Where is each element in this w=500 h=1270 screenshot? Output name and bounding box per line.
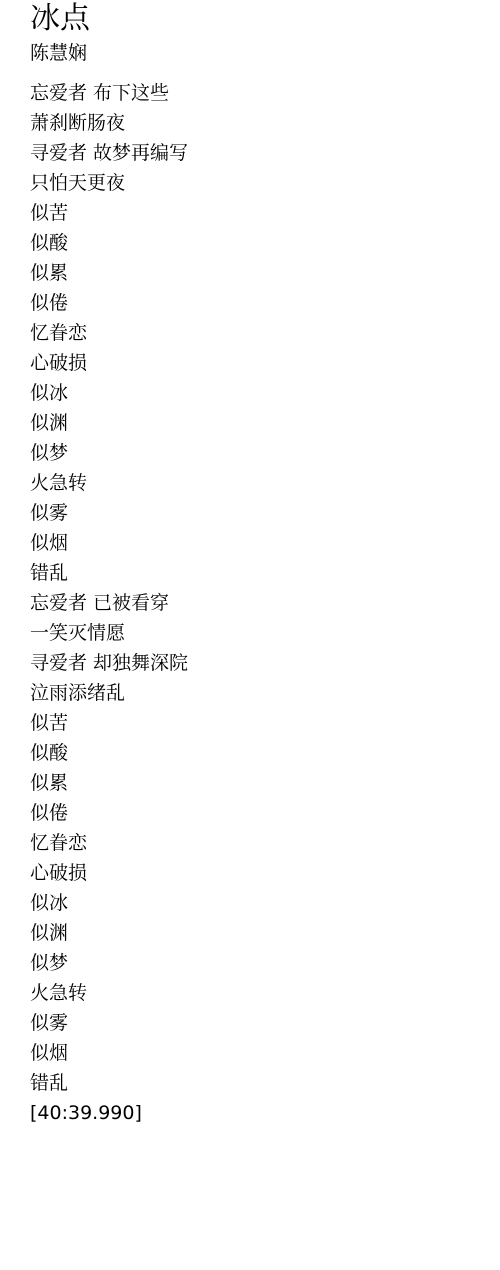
lyric-line: 似累 — [30, 768, 188, 798]
lyric-line: 似冰 — [30, 888, 188, 918]
lyric-line: 似苦 — [30, 708, 188, 738]
lyric-line: 似倦 — [30, 798, 188, 828]
lyric-line: 似冰 — [30, 378, 188, 408]
lyric-line: 似梦 — [30, 948, 188, 978]
lyric-line: 似酸 — [30, 738, 188, 768]
song-title: 冰点 — [30, 0, 90, 38]
artist-name: 陈慧娴 — [30, 40, 87, 66]
lyric-line: 一笑灭情愿 — [30, 618, 188, 648]
lyric-line: 似渊 — [30, 408, 188, 438]
lyric-line: 心破损 — [30, 348, 188, 378]
lyric-line: 似烟 — [30, 528, 188, 558]
lyric-line: 萧刹断肠夜 — [30, 108, 188, 138]
lyric-timestamp: [40:39.990] — [30, 1098, 188, 1128]
lyric-line: 忘爱者 已被看穿 — [30, 588, 188, 618]
lyric-line: 似雾 — [30, 498, 188, 528]
lyrics-list: 忘爱者 布下这些 萧刹断肠夜 寻爱者 故梦再编写 只怕天更夜 似苦 似酸 似累 … — [30, 78, 188, 1128]
lyric-line: 似雾 — [30, 1008, 188, 1038]
lyric-line: 错乱 — [30, 1068, 188, 1098]
lyric-line: 似倦 — [30, 288, 188, 318]
lyric-line: 寻爱者 故梦再编写 — [30, 138, 188, 168]
lyric-line: 忆眷恋 — [30, 828, 188, 858]
lyric-line: 似苦 — [30, 198, 188, 228]
lyric-line: 似烟 — [30, 1038, 188, 1068]
lyric-line: 只怕天更夜 — [30, 168, 188, 198]
lyric-line: 火急转 — [30, 978, 188, 1008]
lyric-line: 寻爱者 却独舞深院 — [30, 648, 188, 678]
lyric-line: 泣雨添绪乱 — [30, 678, 188, 708]
lyric-line: 似酸 — [30, 228, 188, 258]
lyric-line: 火急转 — [30, 468, 188, 498]
lyric-line: 似渊 — [30, 918, 188, 948]
lyric-line: 似梦 — [30, 438, 188, 468]
lyric-line: 似累 — [30, 258, 188, 288]
lyric-line: 忘爱者 布下这些 — [30, 78, 188, 108]
lyric-line: 心破损 — [30, 858, 188, 888]
lyric-line: 忆眷恋 — [30, 318, 188, 348]
lyric-line: 错乱 — [30, 558, 188, 588]
